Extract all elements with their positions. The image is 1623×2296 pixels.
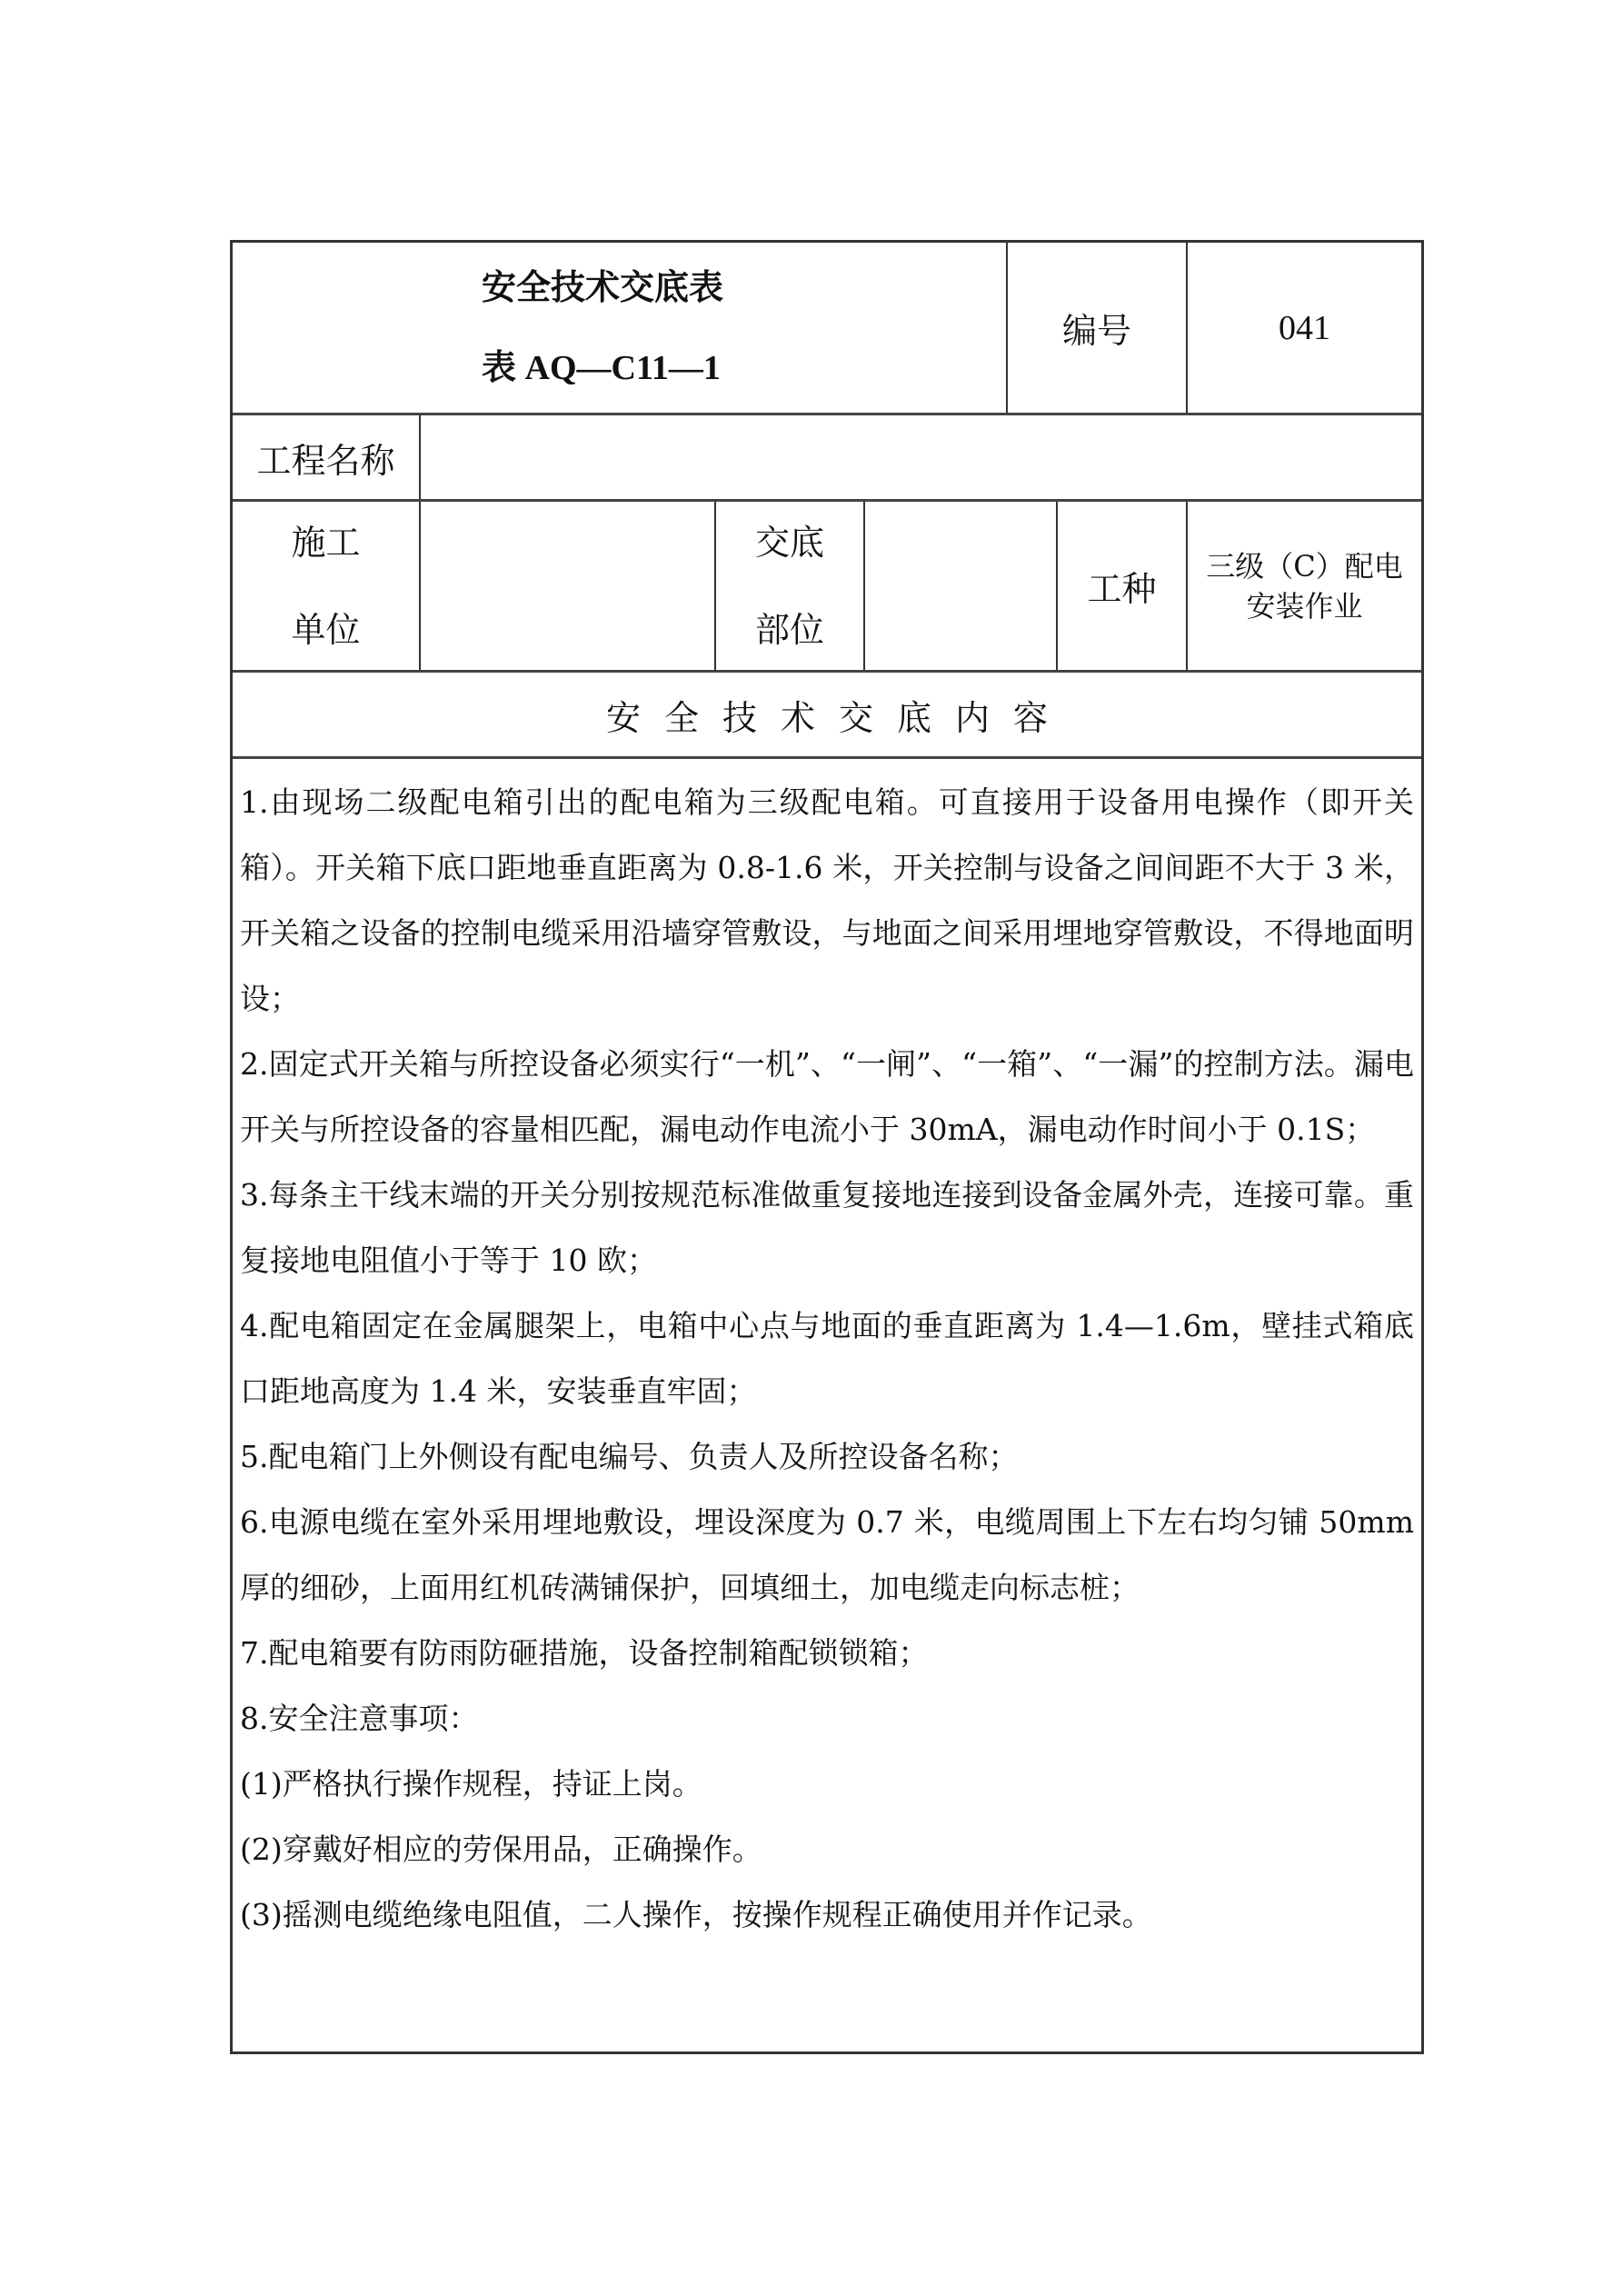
construction-unit-field[interactable]	[419, 502, 714, 670]
header-row: 安全技术交底表 表 AQ—C11—1 编号 041	[233, 243, 1421, 415]
construction-unit-label: 施工 单位	[233, 502, 419, 670]
number-label: 编号	[1006, 243, 1186, 413]
project-name-field[interactable]	[419, 415, 1421, 499]
content-item-5: 5.配电箱门上外侧设有配电编号、负责人及所控设备名称；	[240, 1424, 1414, 1490]
disclosure-part-label-line2: 部位	[755, 611, 824, 649]
section-title-row: 安全技术交底内容	[233, 673, 1421, 759]
project-row: 工程名称	[233, 415, 1421, 502]
content-item-7: 7.配电箱要有防雨防砸措施，设备控制箱配锁锁箱；	[240, 1621, 1414, 1686]
construction-unit-label-line2: 单位	[291, 611, 360, 649]
title-cell: 安全技术交底表 表 AQ—C11—1	[233, 243, 1006, 413]
form-code: 表 AQ—C11—1	[482, 349, 721, 387]
content-item-1: 1.由现场二级配电箱引出的配电箱为三级配电箱。可直接用于设备用电操作（即开关箱）…	[240, 770, 1414, 1032]
info-row: 施工 单位 交底 部位 工种 三级（C）配电 安装作业	[233, 502, 1421, 673]
trade-label: 工种	[1056, 502, 1186, 670]
disclosure-part-label-line1: 交底	[755, 524, 824, 562]
construction-unit-label-line1: 施工	[291, 524, 360, 562]
number-value: 041	[1186, 243, 1421, 413]
disclosure-part-field[interactable]	[863, 502, 1056, 670]
disclosure-part-label: 交底 部位	[714, 502, 863, 670]
section-title: 安全技术交底内容	[233, 673, 1421, 756]
trade-value: 三级（C）配电 安装作业	[1186, 502, 1421, 670]
content-item-3: 3.每条主干线末端的开关分别按规范标准做重复接地连接到设备金属外壳，连接可靠。重…	[240, 1163, 1414, 1293]
content-item-8: 8.安全注意事项：	[240, 1686, 1414, 1752]
content-subitem-2: (2)穿戴好相应的劳保用品，正确操作。	[240, 1817, 1414, 1882]
trade-value-line1: 三级（C）配电	[1206, 546, 1403, 586]
disclosure-content: 1.由现场二级配电箱引出的配电箱为三级配电箱。可直接用于设备用电操作（即开关箱）…	[233, 759, 1421, 2051]
content-subitem-3: (3)摇测电缆绝缘电阻值，二人操作，按操作规程正确使用并作记录。	[240, 1882, 1414, 1948]
content-subitem-1: (1)严格执行操作规程，持证上岗。	[240, 1752, 1414, 1817]
trade-value-line2: 安装作业	[1246, 586, 1362, 626]
safety-disclosure-form: 安全技术交底表 表 AQ—C11—1 编号 041 工程名称 施工 单位 交底 …	[230, 240, 1424, 2054]
content-item-4: 4.配电箱固定在金属腿架上，电箱中心点与地面的垂直距离为 1.4—1.6m，壁挂…	[240, 1293, 1414, 1424]
form-title: 安全技术交底表	[482, 269, 723, 307]
content-item-2: 2.固定式开关箱与所控设备必须实行“一机”、“一闸”、“一箱”、“一漏”的控制方…	[240, 1032, 1414, 1163]
project-name-label: 工程名称	[233, 415, 419, 499]
content-item-6: 6.电源电缆在室外采用埋地敷设，埋设深度为 0.7 米，电缆周围上下左右均匀铺 …	[240, 1490, 1414, 1621]
